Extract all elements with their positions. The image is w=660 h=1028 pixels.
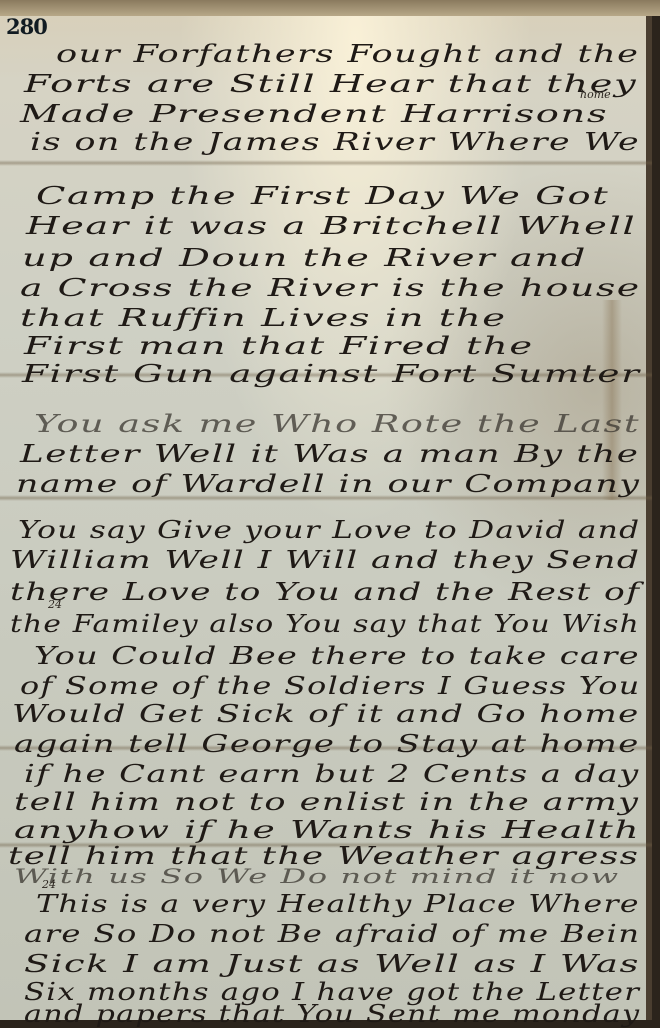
letter-line: William Well I Will and they Send — [10, 546, 640, 574]
letter-line: Made Presendent Harrisons — [20, 100, 608, 128]
letter-line: up and Doun the River and — [22, 244, 587, 272]
letter-line: the Familey also You say that You Wish — [10, 610, 640, 638]
letter-line: there Love to You and the Rest of — [10, 578, 640, 606]
letter-line: a Cross the River is the house — [20, 274, 641, 302]
letter-line: Forts are Still Hear that they — [24, 70, 637, 98]
letter-line: Camp the First Day We Got — [36, 182, 609, 210]
letter-line: if he Cant earn but 2 Cents a day — [24, 760, 640, 788]
letter-line: First Gun against Fort Sumter — [22, 360, 641, 388]
letter-line: You Could Bee there to take care — [34, 642, 640, 670]
letter-line: name of Wardell in our Company — [16, 470, 640, 498]
letter-line: our Forfathers Fought and the — [56, 40, 639, 68]
letter-line: You ask me Who Rote the Last — [34, 410, 640, 438]
letter-line: again tell George to Stay at home — [14, 730, 640, 758]
inserted-word: home — [580, 88, 611, 101]
letter-line: Sick I am Just as Well as I Was — [24, 950, 640, 978]
letter-line: and papers that You Sent me monday — [24, 1000, 640, 1024]
letter-line: With us So We Do not mind it now — [14, 864, 620, 888]
letter-line: tell him not to enlist in the army — [14, 788, 639, 816]
letter-line: Letter Well it Was a man By the — [20, 440, 639, 468]
letter-line: is on the James River Where We — [30, 128, 640, 156]
letter-line: You say Give your Love to David and — [18, 516, 640, 544]
letter-line: of Some of the Soldiers I Guess You — [20, 672, 641, 700]
letter-line: First man that Fired the — [24, 332, 534, 360]
page-top-edge — [0, 0, 660, 16]
letter-line: are So Do not Be afraid of me Bein — [24, 920, 640, 948]
letter-line: anyhow if he Wants his Health — [14, 816, 640, 844]
fold-line — [0, 160, 652, 166]
letter-page: 280 our Forfathers Fought and the Forts … — [0, 0, 652, 1020]
letter-line: This is a very Healthy Place Where — [36, 890, 640, 918]
page-number: 280 — [6, 14, 47, 39]
letter-line: Hear it was a Britchell Whell — [26, 212, 636, 240]
letter-line: that Ruffin Lives in the — [20, 304, 507, 332]
letter-line: Would Get Sick of it and Go home — [12, 700, 640, 728]
